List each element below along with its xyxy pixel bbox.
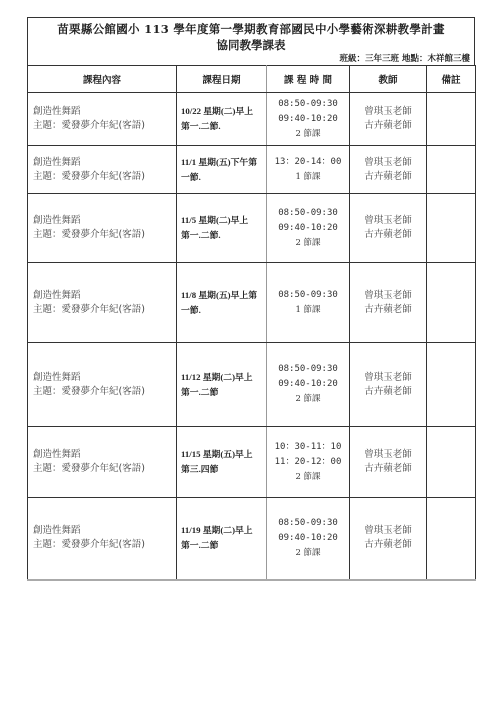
course-content-line: 創造性舞蹈 xyxy=(33,105,176,119)
teacher-name: 古卉蘋老師 xyxy=(350,228,426,242)
title-block: 苗栗縣公館國小 113 學年度第一學期教育部國民中小學藝術深耕教學計畫 協同教學… xyxy=(27,17,475,65)
lesson-count: 2 節課 xyxy=(267,236,349,251)
lesson-count: 2 節課 xyxy=(267,546,349,561)
course-content-line: 主題：愛發夢介年紀(客語) xyxy=(33,303,176,317)
header-content: 課程內容 xyxy=(28,66,177,93)
course-time-cell: 08:50-09:3009:40-10:202 節課 xyxy=(267,498,350,580)
teacher-cell: 曾琪玉老師古卉蘋老師 xyxy=(350,93,427,146)
document-title: 苗栗縣公館國小 113 學年度第一學期教育部國民中小學藝術深耕教學計畫 xyxy=(28,21,474,37)
course-content-cell: 創造性舞蹈主題：愛發夢介年紀(客語) xyxy=(28,263,177,343)
teacher-name: 曾琪玉老師 xyxy=(350,156,426,170)
note-cell xyxy=(427,93,476,146)
course-time-cell: 08:50-09:301 節課 xyxy=(267,263,350,343)
course-content-cell: 創造性舞蹈主題：愛發夢介年紀(客語) xyxy=(28,93,177,146)
time-range: 09:40-10:20 xyxy=(267,221,349,236)
teacher-cell: 曾琪玉老師古卉蘋老師 xyxy=(350,263,427,343)
note-cell xyxy=(427,343,476,427)
course-date-cell: 10/22 星期(二)早上第一.二節. xyxy=(177,93,267,146)
course-date-line: 一節. xyxy=(181,170,266,185)
time-range: 09:40-10:20 xyxy=(267,531,349,546)
lesson-count: 1 節課 xyxy=(267,303,349,318)
course-date-line: 10/22 星期(二)早上 xyxy=(181,104,266,119)
course-content-line: 主題：愛發夢介年紀(客語) xyxy=(33,538,176,552)
course-content-line: 主題：愛發夢介年紀(客語) xyxy=(33,228,176,242)
course-date-cell: 11/19 星期(二)早上第一.二節 xyxy=(177,498,267,580)
course-content-line: 主題：愛發夢介年紀(客語) xyxy=(33,462,176,476)
course-date-cell: 11/12 星期(二)早上第一.二節 xyxy=(177,343,267,427)
course-date-line: 第一.二節 xyxy=(181,385,266,400)
teacher-cell: 曾琪玉老師古卉蘋老師 xyxy=(350,343,427,427)
course-date-line: 第一.二節. xyxy=(181,119,266,134)
teacher-name: 曾琪玉老師 xyxy=(350,289,426,303)
course-time-cell: 13：20-14：001 節課 xyxy=(267,146,350,194)
class-location-info: 班級：三年三班 地點：木祥館三樓 xyxy=(340,52,470,64)
course-content-cell: 創造性舞蹈主題：愛發夢介年紀(客語) xyxy=(28,427,177,498)
course-time-cell: 10：30-11：1011：20-12：002 節課 xyxy=(267,427,350,498)
teacher-cell: 曾琪玉老師古卉蘋老師 xyxy=(350,427,427,498)
course-time-cell: 08:50-09:3009:40-10:202 節課 xyxy=(267,194,350,263)
note-cell xyxy=(427,146,476,194)
course-content-line: 創造性舞蹈 xyxy=(33,448,176,462)
time-range: 11：20-12：00 xyxy=(267,455,349,470)
teacher-name: 曾琪玉老師 xyxy=(350,105,426,119)
time-range: 08:50-09:30 xyxy=(267,516,349,531)
table-row: 創造性舞蹈主題：愛發夢介年紀(客語)11/8 星期(五)早上第一節.08:50-… xyxy=(28,263,476,343)
course-date-cell: 11/1 星期(五)下午第一節. xyxy=(177,146,267,194)
teacher-cell: 曾琪玉老師古卉蘋老師 xyxy=(350,146,427,194)
course-date-line: 11/19 星期(二)早上 xyxy=(181,523,266,538)
course-content-cell: 創造性舞蹈主題：愛發夢介年紀(客語) xyxy=(28,146,177,194)
course-date-line: 11/15 星期(五)早上 xyxy=(181,447,266,462)
time-range: 09:40-10:20 xyxy=(267,377,349,392)
note-cell xyxy=(427,427,476,498)
course-content-line: 創造性舞蹈 xyxy=(33,214,176,228)
course-content-line: 創造性舞蹈 xyxy=(33,156,176,170)
schedule-table: 課程內容 課程日期 課 程 時 間 教師 備註 創造性舞蹈主題：愛發夢介年紀(客… xyxy=(27,65,476,581)
time-range: 09:40-10:20 xyxy=(267,112,349,127)
header-note: 備註 xyxy=(427,66,476,93)
time-range: 08:50-09:30 xyxy=(267,362,349,377)
header-time: 課 程 時 間 xyxy=(267,66,350,93)
document-subtitle: 協同教學課表 xyxy=(28,37,474,53)
course-content-line: 主題：愛發夢介年紀(客語) xyxy=(33,170,176,184)
course-date-cell: 11/5 星期(二)早上第一.二節. xyxy=(177,194,267,263)
course-content-line: 創造性舞蹈 xyxy=(33,371,176,385)
course-content-line: 創造性舞蹈 xyxy=(33,289,176,303)
lesson-count: 2 節課 xyxy=(267,470,349,485)
time-range: 08:50-09:30 xyxy=(267,97,349,112)
course-date-line: 一節. xyxy=(181,303,266,318)
teacher-name: 古卉蘋老師 xyxy=(350,303,426,317)
course-content-cell: 創造性舞蹈主題：愛發夢介年紀(客語) xyxy=(28,194,177,263)
course-content-line: 主題：愛發夢介年紀(客語) xyxy=(33,119,176,133)
course-date-line: 11/1 星期(五)下午第 xyxy=(181,155,266,170)
time-range: 08:50-09:30 xyxy=(267,206,349,221)
course-time-cell: 08:50-09:3009:40-10:202 節課 xyxy=(267,343,350,427)
header-date: 課程日期 xyxy=(177,66,267,93)
course-date-line: 第一.二節 xyxy=(181,538,266,553)
course-content-cell: 創造性舞蹈主題：愛發夢介年紀(客語) xyxy=(28,498,177,580)
time-range: 10：30-11：10 xyxy=(267,440,349,455)
table-header-row: 課程內容 課程日期 課 程 時 間 教師 備註 xyxy=(28,66,476,93)
schedule-document: 苗栗縣公館國小 113 學年度第一學期教育部國民中小學藝術深耕教學計畫 協同教學… xyxy=(27,17,475,581)
course-date-cell: 11/8 星期(五)早上第一節. xyxy=(177,263,267,343)
course-date-line: 11/5 星期(二)早上 xyxy=(181,213,266,228)
table-row: 創造性舞蹈主題：愛發夢介年紀(客語)10/22 星期(二)早上第一.二節.08:… xyxy=(28,93,476,146)
teacher-name: 古卉蘋老師 xyxy=(350,538,426,552)
time-range: 13：20-14：00 xyxy=(267,155,349,170)
course-date-cell: 11/15 星期(五)早上第三.四節 xyxy=(177,427,267,498)
course-date-line: 第一.二節. xyxy=(181,228,266,243)
note-cell xyxy=(427,263,476,343)
teacher-name: 曾琪玉老師 xyxy=(350,524,426,538)
teacher-name: 古卉蘋老師 xyxy=(350,170,426,184)
course-date-line: 11/12 星期(二)早上 xyxy=(181,370,266,385)
teacher-name: 古卉蘋老師 xyxy=(350,462,426,476)
header-teacher: 教師 xyxy=(350,66,427,93)
course-content-cell: 創造性舞蹈主題：愛發夢介年紀(客語) xyxy=(28,343,177,427)
course-date-line: 11/8 星期(五)早上第 xyxy=(181,288,266,303)
table-row: 創造性舞蹈主題：愛發夢介年紀(客語)11/12 星期(二)早上第一.二節08:5… xyxy=(28,343,476,427)
teacher-name: 古卉蘋老師 xyxy=(350,385,426,399)
teacher-cell: 曾琪玉老師古卉蘋老師 xyxy=(350,498,427,580)
table-row: 創造性舞蹈主題：愛發夢介年紀(客語)11/5 星期(二)早上第一.二節.08:5… xyxy=(28,194,476,263)
course-time-cell: 08:50-09:3009:40-10:202 節課 xyxy=(267,93,350,146)
lesson-count: 1 節課 xyxy=(267,170,349,185)
course-content-line: 主題：愛發夢介年紀(客語) xyxy=(33,385,176,399)
teacher-cell: 曾琪玉老師古卉蘋老師 xyxy=(350,194,427,263)
lesson-count: 2 節課 xyxy=(267,392,349,407)
note-cell xyxy=(427,498,476,580)
lesson-count: 2 節課 xyxy=(267,127,349,142)
teacher-name: 古卉蘋老師 xyxy=(350,119,426,133)
teacher-name: 曾琪玉老師 xyxy=(350,214,426,228)
table-row: 創造性舞蹈主題：愛發夢介年紀(客語)11/19 星期(二)早上第一.二節08:5… xyxy=(28,498,476,580)
table-row: 創造性舞蹈主題：愛發夢介年紀(客語)11/15 星期(五)早上第三.四節10：3… xyxy=(28,427,476,498)
teacher-name: 曾琪玉老師 xyxy=(350,371,426,385)
course-date-line: 第三.四節 xyxy=(181,462,266,477)
course-content-line: 創造性舞蹈 xyxy=(33,524,176,538)
time-range: 08:50-09:30 xyxy=(267,288,349,303)
teacher-name: 曾琪玉老師 xyxy=(350,448,426,462)
note-cell xyxy=(427,194,476,263)
table-row: 創造性舞蹈主題：愛發夢介年紀(客語)11/1 星期(五)下午第一節.13：20-… xyxy=(28,146,476,194)
